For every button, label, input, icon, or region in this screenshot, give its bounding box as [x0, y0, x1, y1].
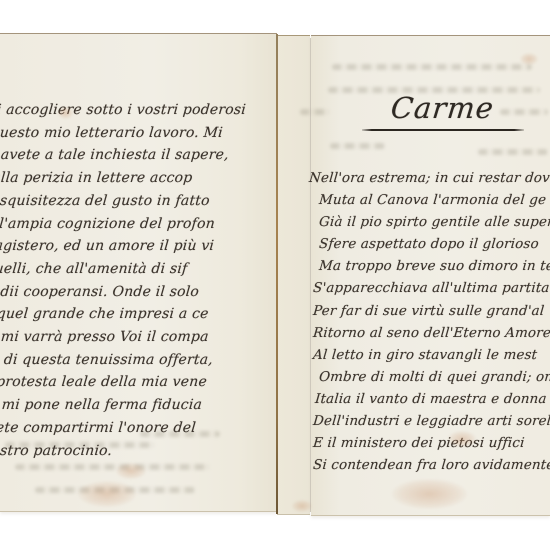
foxing-spot: [78, 481, 136, 507]
foxing-spot: [392, 479, 467, 509]
page-title: Carme: [390, 91, 497, 125]
foxing-spot: [292, 500, 312, 512]
manuscript-line: Dell'industri e leggiadre arti sorelle: [312, 411, 550, 433]
ink-showthrough: [300, 109, 330, 115]
manuscript-line: Al letto in giro stavangli le mest: [312, 345, 550, 367]
manuscript-line: Italia il vanto di maestra e donna: [314, 389, 550, 411]
foxing-spot: [58, 107, 73, 119]
manuscript-photo: jiede, di accogliere sotto i vostri pode…: [0, 0, 550, 550]
foxing-spot: [448, 431, 476, 447]
ink-showthrough: [15, 464, 210, 470]
book-gutter: [277, 35, 310, 515]
page-fold-edge-line: [276, 34, 278, 514]
poem-title-block: Carme: [362, 91, 524, 125]
ink-showthrough: [478, 149, 548, 155]
manuscript-line: Muta al Canova l'armonia del ge: [318, 190, 550, 212]
manuscript-line: Ma troppo breve suo dimoro in terra: [318, 256, 550, 278]
manuscript-line: Per far di sue virtù sulle grand'al: [312, 301, 550, 323]
manuscript-line: S'apparecchiava all'ultima partita: [312, 278, 550, 300]
ink-showthrough: [332, 64, 532, 70]
right-page: Carme Nell'ora estrema; in cui restar do…: [311, 35, 550, 516]
foxing-spot: [116, 463, 146, 479]
ink-showthrough: [330, 143, 385, 149]
title-underline: [362, 129, 524, 131]
right-page-text: Nell'ora estrema; in cui restar dovea Mu…: [318, 168, 550, 477]
manuscript-line: E il ministero dei pietosi uffici: [312, 433, 550, 455]
manuscript-line: Ritorno al seno dell'Eterno Amore: [312, 323, 550, 345]
manuscript-line: Si contendean fra loro avidamente.: [312, 455, 550, 477]
manuscript-line: Già il pio spirto gentile alle super: [318, 212, 550, 234]
foxing-spot: [520, 53, 538, 65]
left-page: jiede, di accogliere sotto i vostri pode…: [0, 33, 277, 512]
manuscript-line: Sfere aspettato dopo il glorioso: [318, 234, 550, 256]
manuscript-line: Ombre di molti di quei grandi; ond: [318, 367, 550, 389]
manuscript-line: Nell'ora estrema; in cui restar dovea: [308, 168, 550, 190]
